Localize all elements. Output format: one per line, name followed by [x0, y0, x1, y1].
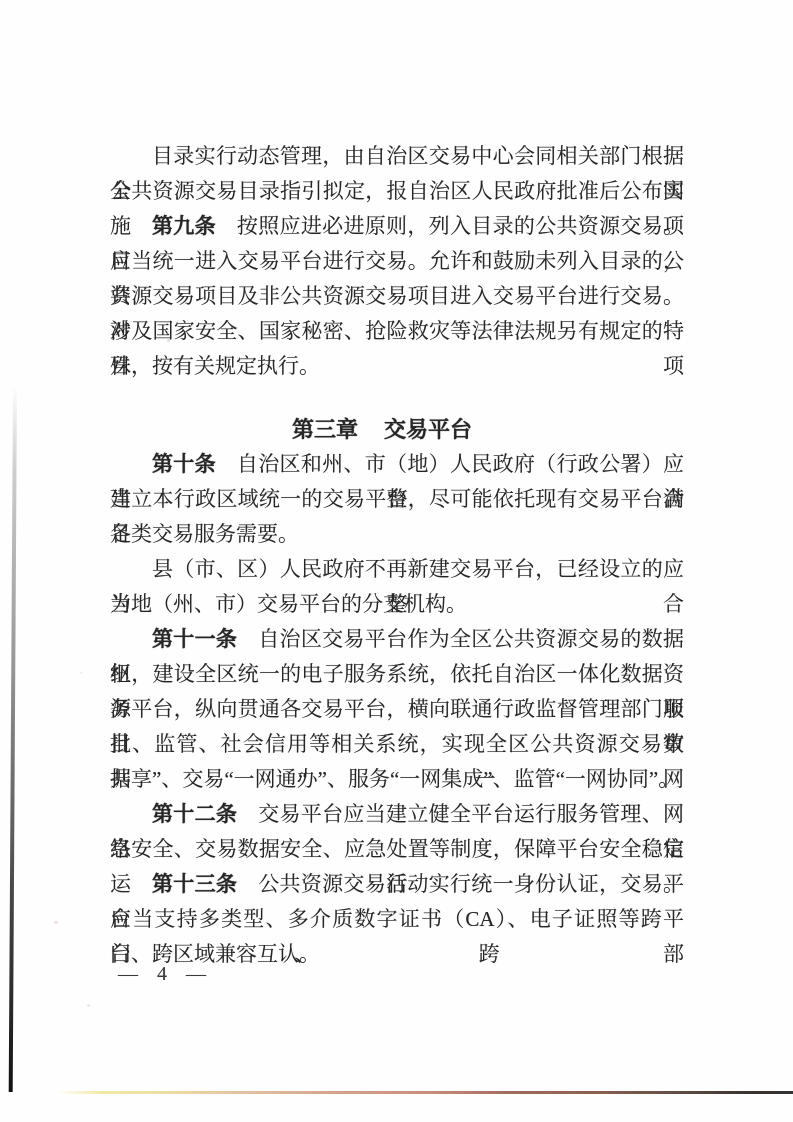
text-line-article-10: 第十条自治区和州、市（地）人民政府（行政公署）应当整合	[110, 447, 684, 482]
text-line-article-11: 第十一条自治区交易平台作为全区公共资源交易的数据枢	[110, 622, 684, 657]
scan-artifact-bottom-edge	[58, 1091, 793, 1094]
scan-speck	[87, 1004, 90, 1007]
text-line: 共享”、交易“一网通办”、服务“一网集成”、监管“一网协同”。	[110, 762, 684, 797]
text-line-article-9: 第九条按照应进必进原则，列入目录的公共资源交易项目，	[110, 209, 684, 244]
text-line: 批、监管、社会信用等相关系统，实现全区公共资源交易数据“一网	[110, 727, 684, 762]
article-number-label: 第十三条	[152, 872, 237, 896]
text-line: 各类交易服务需要。	[110, 517, 684, 552]
text-line: 纽，建设全区统一的电子服务系统，依托自治区一体化数据资源服	[110, 657, 684, 692]
text-line: 资源交易项目及非公共资源交易项目进入交易平台进行交易。对	[110, 279, 684, 314]
scan-artifact-left-edge	[9, 386, 17, 1092]
scan-speck	[167, 339, 170, 342]
text-line: 公共资源交易目录指引拟定，报自治区人民政府批准后公布实施。	[110, 174, 684, 209]
article-number-label: 第九条	[152, 214, 216, 238]
document-body: 目录实行动态管理，由自治区交易中心会同相关部门根据全国 公共资源交易目录指引拟定…	[110, 139, 684, 986]
text-line: 目录实行动态管理，由自治区交易中心会同相关部门根据全国	[110, 139, 684, 174]
text-line-content: 目，按有关规定执行。	[110, 354, 320, 378]
text-line-article-13: 第十三条公共资源交易活动实行统一身份认证，交易平台	[110, 867, 684, 902]
text-line: 务平台，纵向贯通各交易平台，横向联通行政监督管理部门项目审	[110, 692, 684, 727]
scan-speck	[80, 672, 83, 674]
article-number-label: 第十条	[152, 452, 216, 476]
text-line-content: 各类交易服务需要。	[110, 522, 299, 546]
article-number-label: 第十一条	[152, 627, 237, 651]
chapter-heading: 第三章交易平台	[110, 412, 684, 447]
chapter-title: 交易平台	[384, 417, 472, 442]
scan-speck	[54, 921, 58, 924]
text-line: 应当统一进入交易平台进行交易。允许和鼓励未列入目录的公共	[110, 244, 684, 279]
text-line: 应当支持多类型、多介质数字证书（CA）、电子证照等跨平台、跨部	[110, 902, 684, 937]
text-line-content: 为地（州、市）交易平台的分支机构。	[110, 592, 467, 616]
text-line-article-12: 第十二条交易平台应当建立健全平台运行服务管理、网络信	[110, 797, 684, 832]
chapter-number: 第三章	[292, 417, 358, 442]
article-number-label: 第十二条	[152, 802, 237, 826]
text-line: 县（市、区）人民政府不再新建交易平台，已经设立的应当整合	[110, 552, 684, 587]
text-line: 建立本行政区域统一的交易平台，尽可能依托现有交易平台满足	[110, 482, 684, 517]
text-line: 息安全、交易数据安全、应急处置等制度，保障平台安全稳定运行。	[110, 832, 684, 867]
text-line: 涉及国家安全、国家秘密、抢险救灾等法律法规另有规定的特殊项	[110, 314, 684, 349]
scanned-document-page: 目录实行动态管理，由自治区交易中心会同相关部门根据全国 公共资源交易目录指引拟定…	[0, 0, 793, 1122]
text-line-content: 共享”、交易“一网通办”、服务“一网集成”、监管“一网协同”。	[110, 767, 679, 791]
